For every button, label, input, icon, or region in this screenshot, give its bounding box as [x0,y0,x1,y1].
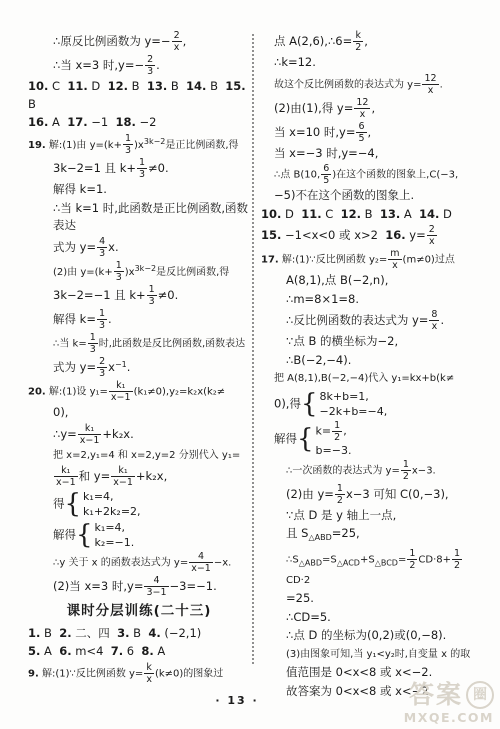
text-line: k₁x−1和 y=k₁x−1+k₂x, [53,465,250,488]
fraction: k₁x−1 [108,380,134,403]
fraction: k₁x−1 [110,465,136,488]
watermark-site-text: MXQE.COM [404,710,494,725]
text-line: 20. 解:(1)设 y₁=k₁x−1(k₁≠0),y₂=k₂x(k₂≠ [28,380,250,403]
fraction: 2x [171,30,183,53]
fraction: k₁x−1 [77,423,103,446]
fraction: 12x [353,97,371,120]
text-line: 17. 解:(1)∵反比例函数 y₂=mx(m≠0)过点 [261,248,479,271]
text-line: ∵点 B 的横坐标为−2, [286,333,479,351]
text-line: 值范围是 0<x<8 或 x<−2. [286,664,479,682]
fraction: 13 [113,260,125,283]
left-column: ∴原反比例函数为 y=−2x,∴当 x=3 时,y=−23.10. C 11. … [28,30,250,686]
text-line: ∴当 x=3 时,y=−23. [53,54,250,77]
text-line: ∴k=12. [274,54,479,72]
fraction: 4x−1 [188,551,214,574]
fraction: 65 [355,121,367,144]
fraction: 12 [400,459,412,482]
text-line: 10. D 11. C 12. B 13. A 14. D [261,206,479,224]
fraction: k₁x−1 [53,465,79,488]
text-line: ∴CD=5. [286,609,479,627]
section-heading: 课时分层训练(二十三) [28,603,250,621]
text-line: 点 A(2,6),∴6=k2, [274,30,479,53]
left-brace: { [297,425,314,453]
left-brace: { [301,390,318,418]
text-line: (3)由图象可知,当 y₁<y₂时,自变量 x 的取 [286,646,479,664]
text-line: 当 x=10 时,y=65, [274,121,479,144]
text-line: (2)由(1),得 y=12x, [274,97,479,120]
fraction: 13 [136,157,148,180]
text-line: ∴当 k=13时,此函数是反比例函数,函数表达 [53,332,250,355]
fraction: 12 [451,548,463,571]
text-line: ∴B(−2,−4). [286,352,479,370]
fraction: k2 [352,30,364,53]
left-brace: { [76,521,93,549]
text-line: 解得 k=13. [53,308,250,331]
brace-system: {8k+b=1,−2k+b=−4, [301,389,387,419]
text-line: ∴当 k=1 时,此函数是正比例函数,函数表达 [53,200,250,235]
fraction: 13 [87,332,99,355]
text-line: 解得 k=1. [53,181,250,199]
text-line: ∴原反比例函数为 y=−2x, [53,30,250,53]
fraction: 2x [426,224,438,247]
text-line: 解得{k=12,b=−3. [274,420,479,458]
text-line: 10. C 11. D 12. B 13. B 14. B 15. B [28,78,250,113]
text-line: −5)不在这个函数的图象上. [274,187,479,205]
text-line: 把 A(8,1),B(−2,−4)代入 y₁=kx+b(k≠ [274,370,479,388]
text-line: ∴反比例函数的表达式为 y=8x. [286,309,479,332]
text-line: 且 S△ABD=25, [286,525,479,547]
fraction: 12x [421,73,439,96]
text-line: ∴点 B(10,65)在这个函数的图象上,C(−3, [274,163,479,186]
text-line: 9. 解:(1)∵反比例函数 y=kx(k≠0)的图象过 [28,662,250,685]
fraction: mx [387,248,402,271]
fraction: 8x [428,309,440,332]
text-line: 16. A 17. −1 18. −2 [28,114,250,132]
watermark-logo: 答案 圈 [404,681,494,709]
column-divider [252,34,254,664]
circle-badge-icon: 圈 [466,681,494,709]
fraction: 13 [96,308,108,331]
text-line: ∴m=8×1=8. [286,291,479,309]
fraction: 12 [406,548,418,571]
text-line: 5. A 6. m<4 7. 6 8. A [28,643,250,661]
text-line: 15. −1<x<0 或 x>2 16. y=2x [261,224,479,247]
text-line: 0), [53,404,250,422]
fraction: 12 [334,483,346,506]
text-line: ∴S△ABD=S△ACD+S△BCD=12CD·8+12CD·2 [286,548,479,590]
left-brace: { [65,490,82,518]
brace-system: {k₁=4,k₂=−1. [76,520,134,550]
text-line: 解得{k₁=4,k₂=−1. [53,520,250,550]
right-column: 点 A(2,6),∴6=k2,∴k=12.故这个反比例函数的表达式为 y=12x… [261,30,479,701]
fraction: 23 [144,54,156,77]
text-line: (2)由 y=(k+13)x3k−2是反比例函数,得 [53,260,250,284]
text-line: 3k−2=1 且 k+13≠0. [53,157,250,180]
text-line: ∴y 关于 x 的函数表达式为 y=4x−1−x. [53,551,250,574]
text-line: 3k−2=−1 且 k+13≠0. [53,284,250,307]
fraction: 43 [96,236,108,259]
watermark: 答案 圈 MXQE.COM [404,681,494,725]
watermark-brand-text: 答案 [409,682,463,708]
brace-system: {k₁=4,k₁+2k₂=2, [65,489,141,519]
text-line: 19. 解:(1)由 y=(k+13)x3k−2是正比例函数,得 [28,133,250,157]
text-line: 得{k₁=4,k₁+2k₂=2, [53,489,250,519]
fraction: 13 [146,284,158,307]
fraction: 43−1 [143,575,169,598]
brace-system: {k=12,b=−3. [297,420,351,458]
text-line: ∵点 D 是 y 轴上一点, [286,507,479,525]
text-line: 当 x=−3 时,y=−4, [274,145,479,163]
text-line: ∴一次函数的表达式为 y=12x−3. [286,459,479,482]
text-line: ∴点 D 的坐标为(0,2)或(0,−8). [286,627,479,645]
fraction: 13 [122,133,134,156]
text-line: ∴y=k₁x−1+k₂x. [53,423,250,446]
fraction: kx [143,662,155,685]
fraction: 23 [96,356,108,379]
text-line: (2)当 x=3 时,y=43−1−3=−1. [53,575,250,598]
text-line: 1. B 2. 二、四 3. B 4. (−2,1) [28,625,250,643]
text-line: 式为 y=43x. [53,236,250,259]
page-number: · 13 · [187,694,287,707]
text-line: 式为 y=23x−1. [53,356,250,379]
text-line: =25. [286,590,479,608]
fraction: 12 [331,420,343,443]
answer-page: ∴原反比例函数为 y=−2x,∴当 x=3 时,y=−23.10. C 11. … [0,0,500,729]
text-line: 故这个反比例函数的表达式为 y=12x. [274,73,479,96]
text-line: A(8,1),点 B(−2,n), [286,272,479,290]
text-line: (2)由 y=12x−3 可知 C(0,−3), [286,483,479,506]
fraction: 65 [320,163,332,186]
text-line: 把 x=2,y₁=4 和 x=2,y=2 分别代入 y₁= [53,447,250,465]
text-line: 0),得{8k+b=1,−2k+b=−4, [274,389,479,419]
